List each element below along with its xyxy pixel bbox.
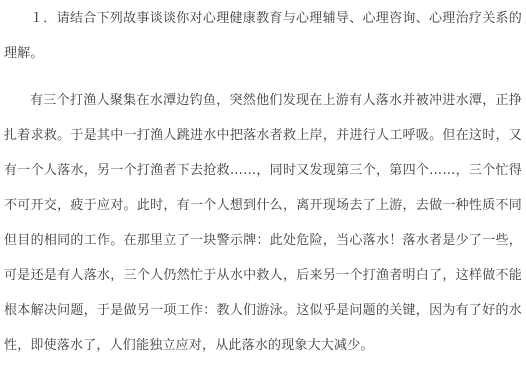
document-page: １．请结合下列故事谈谈你对心理健康教育与心理辅导、心理咨询、心理治疗关系的理解。… [0,0,526,375]
story-paragraph: 有三个打渔人聚集在水潭边钓鱼，突然他们发现在上游有人落水并被冲进水潭，正挣扎着求… [4,83,522,363]
question-paragraph: １．请结合下列故事谈谈你对心理健康教育与心理辅导、心理咨询、心理治疗关系的理解。 [4,1,522,71]
